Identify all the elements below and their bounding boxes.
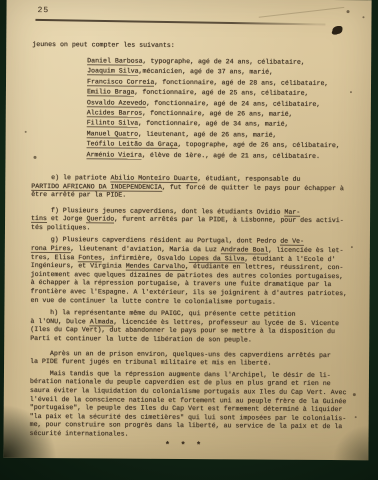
scanned-page: 25 jeunes on peut compter les suivants: … — [3, 0, 371, 460]
paragraph: h) la représentante même du PAIGC, qui p… — [30, 309, 363, 346]
text-line: Arménio Vieira, élève de 1ère., agé de 2… — [86, 150, 364, 162]
paragraphs: e) le patriote Abilio Monteiro Duarte, é… — [30, 174, 365, 441]
paragraph: Mais tandis que la répression augmente d… — [30, 370, 363, 441]
paragraph: e) le patriote Abilio Monteiro Duarte, é… — [31, 174, 364, 202]
ink-speck — [25, 131, 27, 133]
paragraph: Après un an de prison environ, quelques-… — [30, 349, 363, 369]
document-content: jeunes on peut compter les suivants: Dan… — [29, 0, 365, 460]
end-mark: * * * — [29, 439, 339, 450]
intro-line: jeunes on peut compter les suivants: — [32, 40, 365, 51]
paragraph: g) Plusieurs capverdiens résident au Por… — [30, 236, 363, 307]
intro-paragraph: jeunes on peut compter les suivants: — [32, 40, 365, 51]
name-list: Daniel Barbosa, typographe, agé de 24 an… — [31, 56, 365, 162]
paragraph: f) Plusieurs jeunes capverdiens, dont le… — [31, 207, 364, 235]
